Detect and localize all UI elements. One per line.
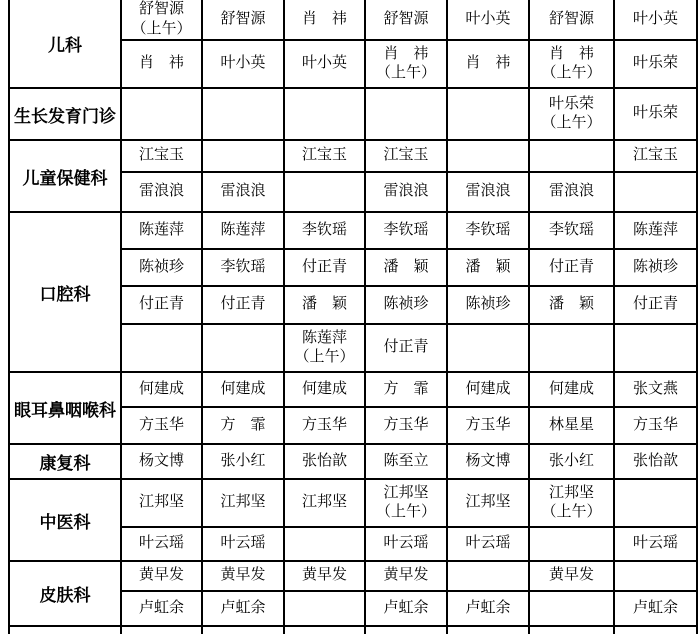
- schedule-cell: 何建成: [284, 372, 365, 407]
- schedule-cell: 江邦坚: [447, 479, 529, 527]
- schedule-cell: 付正青: [529, 249, 614, 286]
- table-row: [9, 626, 697, 634]
- schedule-cell: 卢虹余: [447, 591, 529, 626]
- schedule-table: 儿科舒智源 （上午）舒智源肖 祎舒智源叶小英舒智源叶小英肖 祎叶小英叶小英肖 祎…: [8, 0, 698, 634]
- schedule-cell: [284, 172, 365, 212]
- schedule-cell: 江邦坚: [121, 479, 202, 527]
- schedule-cell: 潘 颖: [365, 249, 447, 286]
- schedule-cell: [121, 626, 202, 634]
- schedule-cell: 方玉华: [121, 407, 202, 444]
- schedule-cell: 江宝玉: [121, 140, 202, 172]
- schedule-cell: 陈祯珍: [365, 286, 447, 324]
- schedule-cell: 江邦坚 （上午）: [365, 479, 447, 527]
- department-cell: 眼耳鼻咽喉科: [9, 372, 121, 444]
- schedule-cell: 叶云瑶: [365, 527, 447, 561]
- schedule-cell: 李钦瑶: [202, 249, 284, 286]
- schedule-cell: 张文燕: [614, 372, 697, 407]
- schedule-cell: 陈莲萍: [202, 212, 284, 249]
- schedule-cell: [529, 527, 614, 561]
- schedule-cell: 潘 颖: [447, 249, 529, 286]
- table-row: 口腔科陈莲萍陈莲萍李钦瑶李钦瑶李钦瑶李钦瑶陈莲萍: [9, 212, 697, 249]
- schedule-cell: 黄早发: [529, 561, 614, 591]
- schedule-cell: [614, 626, 697, 634]
- schedule-cell: [529, 591, 614, 626]
- schedule-cell: [121, 324, 202, 372]
- schedule-cell: 黄早发: [121, 561, 202, 591]
- schedule-cell: 陈至立: [365, 444, 447, 479]
- schedule-cell: 江宝玉: [284, 140, 365, 172]
- table-row: 儿童保健科江宝玉江宝玉江宝玉江宝玉: [9, 140, 697, 172]
- schedule-cell: 张怡歆: [284, 444, 365, 479]
- schedule-cell: [284, 591, 365, 626]
- schedule-cell: 李钦瑶: [529, 212, 614, 249]
- schedule-cell: 舒智源: [365, 0, 447, 40]
- schedule-cell: 叶小英: [614, 0, 697, 40]
- schedule-cell: 付正青: [614, 286, 697, 324]
- schedule-cell: 付正青: [202, 286, 284, 324]
- schedule-cell: 方玉华: [365, 407, 447, 444]
- department-cell: 中医科: [9, 479, 121, 561]
- schedule-cell: 李钦瑶: [447, 212, 529, 249]
- table-row: 中医科江邦坚江邦坚江邦坚江邦坚 （上午）江邦坚江邦坚 （上午）: [9, 479, 697, 527]
- schedule-cell: [614, 324, 697, 372]
- schedule-cell: [529, 324, 614, 372]
- schedule-cell: 雷浪浪: [202, 172, 284, 212]
- schedule-cell: 杨文博: [121, 444, 202, 479]
- schedule-cell: 何建成: [447, 372, 529, 407]
- schedule-cell: 陈祯珍: [447, 286, 529, 324]
- schedule-cell: 舒智源: [202, 0, 284, 40]
- schedule-cell: 江邦坚 （上午）: [529, 479, 614, 527]
- schedule-cell: 陈祯珍: [121, 249, 202, 286]
- schedule-cell: 叶小英: [447, 0, 529, 40]
- schedule-cell: 卢虹余: [614, 591, 697, 626]
- schedule-cell: 卢虹余: [121, 591, 202, 626]
- schedule-cell: 卢虹余: [365, 591, 447, 626]
- schedule-cell: [284, 88, 365, 140]
- schedule-cell: 付正青: [284, 249, 365, 286]
- schedule-cell: [447, 324, 529, 372]
- schedule-cell: [614, 479, 697, 527]
- schedule-cell: 舒智源 （上午）: [121, 0, 202, 40]
- schedule-cell: 何建成: [202, 372, 284, 407]
- schedule-cell: 黄早发: [284, 561, 365, 591]
- schedule-cell: 叶乐荣: [614, 40, 697, 88]
- schedule-cell: 肖 祎: [284, 0, 365, 40]
- schedule-cell: 杨文博: [447, 444, 529, 479]
- schedule-cell: 舒智源: [529, 0, 614, 40]
- schedule-cell: 李钦瑶: [284, 212, 365, 249]
- schedule-cell: 陈莲萍: [121, 212, 202, 249]
- table-row: 儿科舒智源 （上午）舒智源肖 祎舒智源叶小英舒智源叶小英: [9, 0, 697, 40]
- schedule-cell: 雷浪浪: [365, 172, 447, 212]
- schedule-cell: [121, 88, 202, 140]
- schedule-cell: 叶小英: [284, 40, 365, 88]
- schedule-cell: [284, 527, 365, 561]
- department-cell: 生长发育门诊: [9, 88, 121, 140]
- schedule-cell: [447, 626, 529, 634]
- schedule-cell: 叶云瑶: [614, 527, 697, 561]
- schedule-cell: 叶乐荣 （上午）: [529, 88, 614, 140]
- schedule-cell: 江邦坚: [202, 479, 284, 527]
- schedule-cell: 江宝玉: [614, 140, 697, 172]
- schedule-cell: 雷浪浪: [121, 172, 202, 212]
- department-cell: 口腔科: [9, 212, 121, 372]
- schedule-cell: [202, 626, 284, 634]
- schedule-cell: 方玉华: [284, 407, 365, 444]
- department-cell: 儿童保健科: [9, 140, 121, 212]
- schedule-cell: 卢虹余: [202, 591, 284, 626]
- schedule-cell: 黄早发: [202, 561, 284, 591]
- schedule-cell: 方 霏: [365, 372, 447, 407]
- schedule-cell: 张小红: [529, 444, 614, 479]
- schedule-cell: [447, 88, 529, 140]
- schedule-cell: 雷浪浪: [529, 172, 614, 212]
- schedule-cell: 何建成: [529, 372, 614, 407]
- table-row: 康复科杨文博张小红张怡歆陈至立杨文博张小红张怡歆: [9, 444, 697, 479]
- schedule-cell: 肖 祎 （上午）: [529, 40, 614, 88]
- schedule-cell: 江宝玉: [365, 140, 447, 172]
- department-cell: 康复科: [9, 444, 121, 479]
- schedule-cell: 陈祯珍: [614, 249, 697, 286]
- schedule-cell: 林星星: [529, 407, 614, 444]
- schedule-cell: 肖 祎 （上午）: [365, 40, 447, 88]
- schedule-cell: 何建成: [121, 372, 202, 407]
- schedule-cell: 潘 颖: [529, 286, 614, 324]
- schedule-cell: [447, 140, 529, 172]
- schedule-cell: [365, 626, 447, 634]
- department-cell: 皮肤科: [9, 561, 121, 626]
- schedule-cell: [202, 88, 284, 140]
- schedule-cell: [202, 140, 284, 172]
- schedule-body: 儿科舒智源 （上午）舒智源肖 祎舒智源叶小英舒智源叶小英肖 祎叶小英叶小英肖 祎…: [9, 0, 697, 634]
- schedule-cell: 方玉华: [614, 407, 697, 444]
- schedule-cell: 付正青: [365, 324, 447, 372]
- schedule-cell: 李钦瑶: [365, 212, 447, 249]
- schedule-cell: [529, 140, 614, 172]
- table-row: 眼耳鼻咽喉科何建成何建成何建成方 霏何建成何建成张文燕: [9, 372, 697, 407]
- schedule-cell: 潘 颖: [284, 286, 365, 324]
- schedule-cell: 方 霏: [202, 407, 284, 444]
- schedule-cell: 方玉华: [447, 407, 529, 444]
- schedule-cell: 江邦坚: [284, 479, 365, 527]
- schedule-cell: [614, 561, 697, 591]
- schedule-cell: [614, 172, 697, 212]
- schedule-cell: [447, 561, 529, 591]
- schedule-cell: 肖 祎: [447, 40, 529, 88]
- schedule-cell: [365, 88, 447, 140]
- schedule-cell: 张小红: [202, 444, 284, 479]
- hospital-schedule-page: 儿科舒智源 （上午）舒智源肖 祎舒智源叶小英舒智源叶小英肖 祎叶小英叶小英肖 祎…: [0, 0, 698, 634]
- schedule-cell: 黄早发: [365, 561, 447, 591]
- schedule-cell: 叶云瑶: [202, 527, 284, 561]
- table-row: 生长发育门诊叶乐荣 （上午）叶乐荣: [9, 88, 697, 140]
- schedule-cell: [202, 324, 284, 372]
- schedule-cell: 张怡歆: [614, 444, 697, 479]
- schedule-cell: 雷浪浪: [447, 172, 529, 212]
- table-row: 皮肤科黄早发黄早发黄早发黄早发黄早发: [9, 561, 697, 591]
- schedule-cell: 叶小英: [202, 40, 284, 88]
- schedule-cell: 付正青: [121, 286, 202, 324]
- schedule-cell: 叶乐荣: [614, 88, 697, 140]
- schedule-cell: 叶云瑶: [447, 527, 529, 561]
- schedule-cell: 陈莲萍 （上午）: [284, 324, 365, 372]
- schedule-cell: 叶云瑶: [121, 527, 202, 561]
- schedule-cell: [284, 626, 365, 634]
- department-cell: [9, 626, 121, 634]
- schedule-cell: [529, 626, 614, 634]
- department-cell: 儿科: [9, 0, 121, 88]
- schedule-cell: 肖 祎: [121, 40, 202, 88]
- schedule-cell: 陈莲萍: [614, 212, 697, 249]
